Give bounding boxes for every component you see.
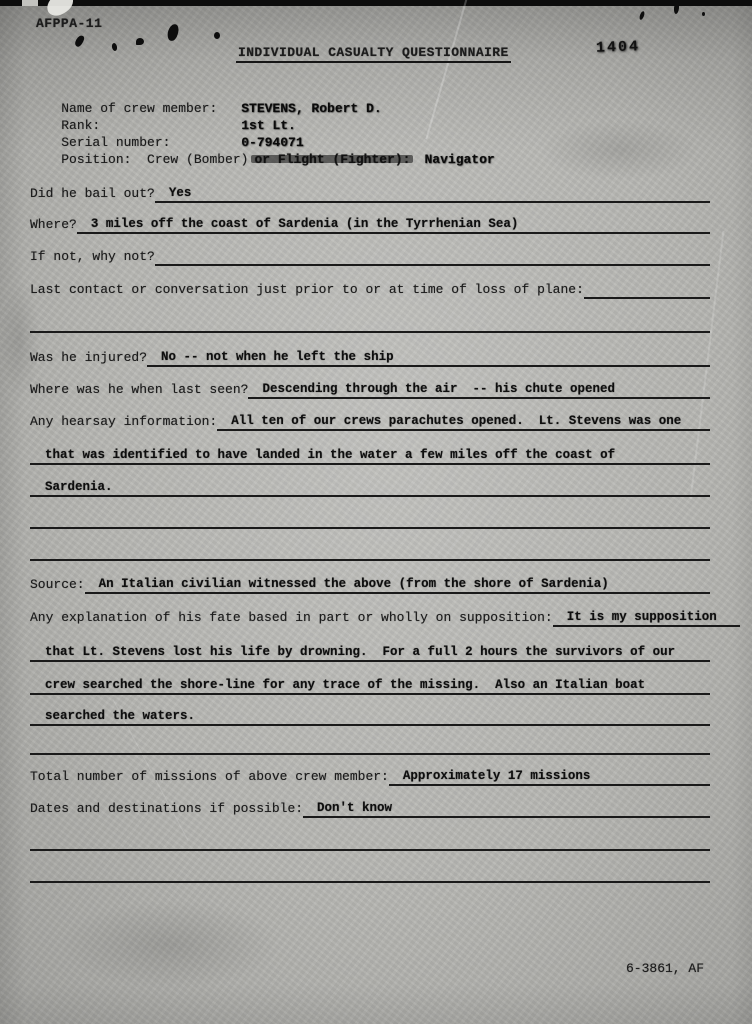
- supposition-label: Any explanation of his fate based in par…: [30, 610, 553, 627]
- missions-answer: Approximately 17 missions: [389, 769, 591, 784]
- dates-label: Dates and destinations if possible:: [30, 801, 303, 818]
- last-contact-answer: [584, 296, 598, 297]
- form-code: AFPPA-11: [36, 16, 102, 31]
- scan-scratch: [425, 0, 468, 139]
- bail-out-label: Did he bail out?: [30, 186, 155, 203]
- question-row-hearsay: Any hearsay information: All ten of our …: [30, 410, 710, 431]
- question-row-dates: Dates and destinations if possible: Don'…: [30, 797, 710, 818]
- scan-top-edge: [0, 0, 752, 6]
- ruled-line: searched the waters.: [30, 703, 710, 726]
- ruled-line: [30, 506, 710, 529]
- ruled-line: Yes: [155, 186, 710, 203]
- question-row-where: Where? 3 miles off the coast of Sardenia…: [30, 213, 710, 234]
- ruled-line: All ten of our crews parachutes opened. …: [217, 414, 710, 431]
- hearsay-answer-line2: that was identified to have landed in th…: [30, 448, 615, 463]
- dates-answer: Don't know: [303, 801, 392, 816]
- position-label: Position: Crew (Bomber): [61, 152, 248, 167]
- position-struck-text: or Flight (Fighter):: [254, 152, 410, 167]
- field-row-name: Name of crew member:STEVENS, Robert D.: [30, 86, 382, 103]
- ruled-line: crew searched the shore-line for any tra…: [30, 672, 710, 695]
- form-title: INDIVIDUAL CASUALTY QUESTIONNAIRE: [236, 45, 511, 63]
- ruled-line: It is my supposition: [553, 610, 740, 627]
- source-label: Source:: [30, 577, 85, 594]
- missions-label: Total number of missions of above crew m…: [30, 769, 389, 786]
- injured-label: Was he injured?: [30, 350, 147, 367]
- question-row-bail-out: Did he bail out? Yes: [30, 182, 710, 203]
- ink-blot: [111, 43, 118, 52]
- ink-blot: [166, 23, 180, 42]
- ruled-line: [30, 310, 710, 333]
- question-row-supposition: Any explanation of his fate based in par…: [30, 606, 740, 627]
- ruled-line: An Italian civilian witnessed the above …: [85, 577, 710, 594]
- ruled-line: [30, 828, 710, 851]
- scanned-document-page: AFPPA-11 INDIVIDUAL CASUALTY QUESTIONNAI…: [0, 0, 752, 1024]
- scan-smudge: [540, 120, 700, 180]
- ruled-line: [30, 732, 710, 755]
- supposition-answer-line3: crew searched the shore-line for any tra…: [30, 678, 645, 693]
- where-label: Where?: [30, 217, 77, 234]
- question-row-if-not: If not, why not?: [30, 245, 710, 266]
- ink-blot: [702, 12, 705, 16]
- ink-blot: [673, 2, 679, 14]
- field-row-position: Position: Crew (Bomber)or Flight (Fighte…: [30, 137, 495, 154]
- question-row-last-seen: Where was he when last seen? Descending …: [30, 378, 710, 399]
- ink-blot: [214, 32, 220, 39]
- ink-blot: [136, 38, 144, 45]
- field-row-rank: Rank:1st Lt.: [30, 103, 296, 120]
- ruled-line: Approximately 17 missions: [389, 769, 710, 786]
- ruled-line: Descending through the air -- his chute …: [248, 382, 710, 399]
- ruled-line: [155, 263, 710, 266]
- last-contact-label: Last contact or conversation just prior …: [30, 282, 584, 299]
- ruled-line: that Lt. Stevens lost his life by drowni…: [30, 639, 710, 662]
- question-row-last-contact: Last contact or conversation just prior …: [30, 278, 710, 299]
- last-seen-label: Where was he when last seen?: [30, 382, 248, 399]
- ruled-line: [30, 538, 710, 561]
- supposition-answer-line4: searched the waters.: [30, 709, 195, 724]
- hearsay-label: Any hearsay information:: [30, 414, 217, 431]
- if-not-answer: [155, 263, 169, 264]
- last-seen-answer: Descending through the air -- his chute …: [248, 382, 615, 397]
- question-row-injured: Was he injured? No -- not when he left t…: [30, 346, 710, 367]
- ruled-line: [584, 296, 710, 299]
- hearsay-answer-line3: Sardenia.: [30, 480, 113, 495]
- scan-smudge: [60, 900, 280, 990]
- position-value: Navigator: [424, 152, 494, 167]
- ruled-line: No -- not when he left the ship: [147, 350, 710, 367]
- injured-answer: No -- not when he left the ship: [147, 350, 394, 365]
- question-row-source: Source: An Italian civilian witnessed th…: [30, 573, 710, 594]
- ruled-line: Sardenia.: [30, 474, 710, 497]
- where-answer: 3 miles off the coast of Sardenia (in th…: [77, 217, 519, 232]
- scan-top-notch: [22, 0, 38, 6]
- hearsay-answer: All ten of our crews parachutes opened. …: [217, 414, 681, 429]
- document-number: 6-3861, AF: [626, 961, 704, 976]
- ink-blot: [74, 34, 86, 48]
- supposition-answer-line2: that Lt. Stevens lost his life by drowni…: [30, 645, 675, 660]
- ruled-line: 3 miles off the coast of Sardenia (in th…: [77, 217, 710, 234]
- source-answer: An Italian civilian witnessed the above …: [85, 577, 609, 592]
- if-not-label: If not, why not?: [30, 249, 155, 266]
- supposition-answer: It is my supposition: [553, 610, 717, 625]
- bail-out-answer: Yes: [155, 186, 192, 201]
- ruled-line: that was identified to have landed in th…: [30, 442, 710, 465]
- ruled-line: [30, 860, 710, 883]
- question-row-missions: Total number of missions of above crew m…: [30, 765, 710, 786]
- ink-blot: [639, 11, 646, 21]
- ruled-line: Don't know: [303, 801, 710, 818]
- page-stamp: 1404: [596, 38, 641, 57]
- field-row-serial: Serial number:0-794071: [30, 120, 304, 137]
